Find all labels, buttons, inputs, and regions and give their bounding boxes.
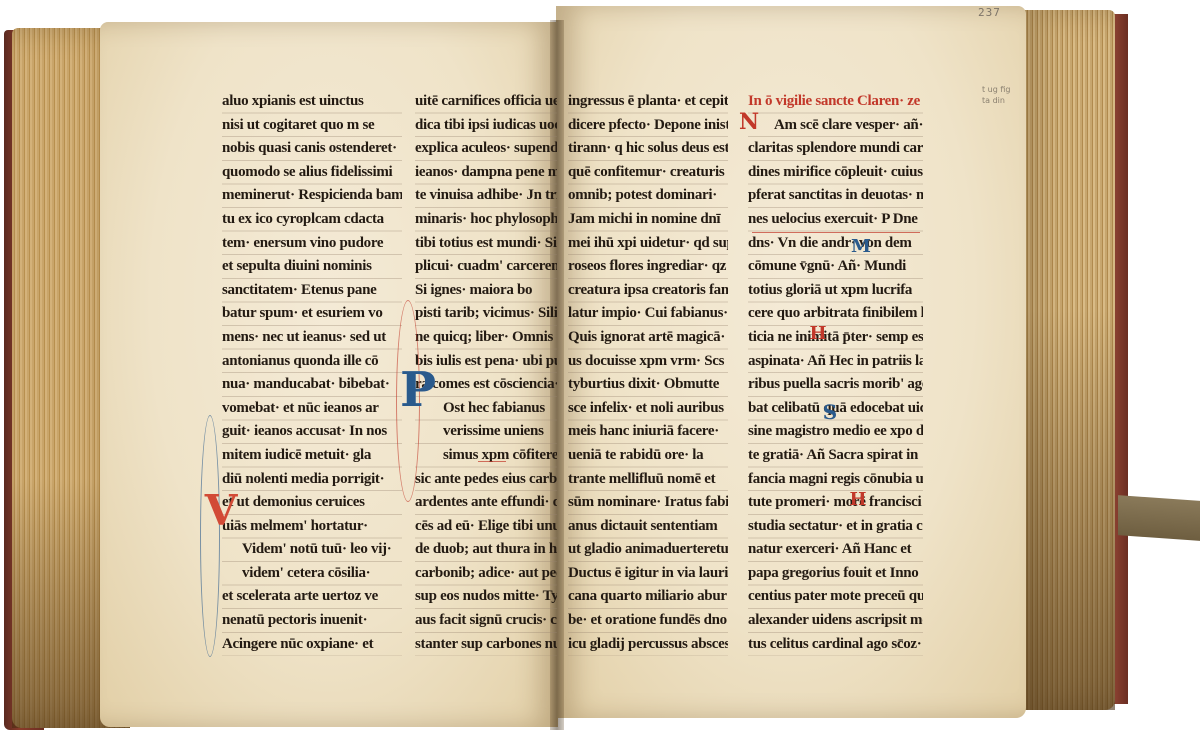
- text-line: mitem iudicē metuit· gla: [222, 444, 402, 468]
- text-line: us docuisse xpm vrm· Scs: [568, 350, 728, 374]
- text-line: cere quo arbitrata finibilem le: [748, 302, 923, 326]
- text-line: nua· manducabat· bibebat·: [222, 373, 402, 397]
- text-line: Quis ignorat artē magicā·: [568, 326, 728, 350]
- text-line: mens· nec ut ieanus· sed ut: [222, 326, 402, 350]
- initial-flourish: [200, 415, 220, 657]
- decorated-initial-p: P: [398, 365, 438, 415]
- text-line: batur spum· et esuriem vo: [222, 302, 402, 326]
- text-line: aluo xpianis est uinctus: [222, 90, 402, 114]
- text-line: Jam michi in nomine dnī: [568, 208, 728, 232]
- text-line: guit· ieanos accusat· In nos: [222, 420, 402, 444]
- text-line: videm' cetera cōsilia·: [222, 562, 402, 586]
- text-line: Videm' notū tuū· leo vij·: [222, 538, 402, 562]
- text-line: dns· Vn die andr· von dem: [748, 232, 923, 256]
- text-line: ardentes ante effundi· di: [415, 491, 557, 515]
- text-line: sic ante pedes eius carbones: [415, 468, 557, 492]
- right-page-block-edge: [1020, 10, 1115, 710]
- rubric-rule: [752, 232, 920, 233]
- text-line: de duob; aut thura in his: [415, 538, 557, 562]
- text-line: cōmune v̄gnū· Añ· Mundi: [748, 255, 923, 279]
- text-line: et scelerata arte uertoz ve: [222, 585, 402, 609]
- text-line: tem· enersum vino pudore: [222, 232, 402, 256]
- text-line: sce infelix· et noli auribus: [568, 397, 728, 421]
- text-line: studia sectatur· et in gratia co: [748, 515, 923, 539]
- text-line: pisti tarib; vicimus· Sili: [415, 302, 557, 326]
- text-line: aus facit signū crucis· con: [415, 609, 557, 633]
- manuscript-photo: 237 t ug fig ta din aluo xpianis est uin…: [0, 0, 1200, 734]
- text-line: centius pater mote preceū quā: [748, 585, 923, 609]
- text-line: nobis quasi canis ostenderet·: [222, 137, 402, 161]
- text-line: totius gloriā ut xpm lucrifa: [748, 279, 923, 303]
- text-line: meminerut· Respicienda bam: [222, 184, 402, 208]
- text-line: verissime uniens: [415, 420, 557, 444]
- text-line: sup eos nudos mitte· Tybur: [415, 585, 557, 609]
- text-line: papa gregorius fouit et Inno: [748, 562, 923, 586]
- strikethrough-mark: [478, 461, 506, 462]
- text-line: stanter sup carbones nudi: [415, 633, 557, 657]
- text-line: anus dictauit sententiam: [568, 515, 728, 539]
- text-line: et sepulta diuini nominis: [222, 255, 402, 279]
- red-initial: H: [808, 323, 828, 343]
- text-line: Si ignes· maiora bo: [415, 279, 557, 303]
- text-line: antonianus quonda ille cō: [222, 350, 402, 374]
- text-line: plicui· cuadm' carcerem·: [415, 255, 557, 279]
- margin-note: t ug fig ta din: [982, 84, 1011, 106]
- text-line: tirann· q hic solus deus est·: [568, 137, 728, 161]
- text-line: explica aculeos· supende: [415, 137, 557, 161]
- text-line: sanctitatem· Etenus pane: [222, 279, 402, 303]
- margin-note-line: t ug fig: [982, 84, 1011, 95]
- rubric-heading: In ō vigilie sancte Claren· ze: [748, 90, 923, 114]
- text-line: meis hanc iniuriā facere·: [568, 420, 728, 444]
- text-line: tyburtius dixit· Obmutte: [568, 373, 728, 397]
- blue-initial: S: [820, 400, 840, 424]
- text-line: roseos flores ingrediar· qz: [568, 255, 728, 279]
- text-line: Acingere nūc oxpiane· et: [222, 633, 402, 657]
- text-line: be· et oratione fundēs dno: [568, 609, 728, 633]
- text-line: ingressus ē planta· et cepit: [568, 90, 728, 114]
- red-initial: N: [738, 110, 760, 134]
- text-line: quē confitemur· creaturis: [568, 161, 728, 185]
- text-line: uitē carnifices officia uen: [415, 90, 557, 114]
- text-line: ticia ne inimitā p̄ter· semp est: [748, 326, 923, 350]
- red-initial: H: [848, 488, 868, 510]
- text-line: tute promeri· morē francisci: [748, 491, 923, 515]
- text-line: ribus puella sacris morib' age: [748, 373, 923, 397]
- text-line: te vinuisa adhibe· Jn tribi: [415, 184, 557, 208]
- text-line: trante mellifluū nomē et: [568, 468, 728, 492]
- text-line: diū nolenti media porrigit·: [222, 468, 402, 492]
- text-line: nisi ut cogitaret quo m se: [222, 114, 402, 138]
- text-line: et ut demonius ceruices: [222, 491, 402, 515]
- text-line: sūm nominare· Iratus fabi: [568, 491, 728, 515]
- text-line: tu ex ico cyroplcam cdacta: [222, 208, 402, 232]
- text-line: ut gladio animaduerteretur·: [568, 538, 728, 562]
- text-line: minaris· hoc phylosophi: [415, 208, 557, 232]
- text-column-4: In ō vigilie sancte Claren· ze Am scē cl…: [748, 90, 923, 656]
- text-line: dicere pfecto· Depone iniste: [568, 114, 728, 138]
- text-line: cēs ad eū· Elige tibi unum: [415, 515, 557, 539]
- text-line: Am scē clare vesper· añ·: [748, 114, 923, 138]
- bookmark-ribbon: [1118, 495, 1200, 541]
- text-line: nenatū pectoris inuenit·: [222, 609, 402, 633]
- text-line: natur exerceri· Añ Hanc et: [748, 538, 923, 562]
- margin-note-line: ta din: [982, 95, 1011, 106]
- text-column-1: aluo xpianis est uinctus nisi ut cogitar…: [222, 90, 402, 656]
- text-line: ne quicq; liber· Omnis: [415, 326, 557, 350]
- text-line: Ductus ē igitur in via lauri: [568, 562, 728, 586]
- text-line: cana quarto miliario abur: [568, 585, 728, 609]
- text-line: nes uelocius exercuit· P Dne: [748, 208, 923, 232]
- text-line: ueniā te rabidū ore· la: [568, 444, 728, 468]
- text-line: aspinata· Añ Hec in patriis la: [748, 350, 923, 374]
- text-line: claritas splendore mundi car: [748, 137, 923, 161]
- text-line: mei ihū xpi uidetur· qd sup: [568, 232, 728, 256]
- text-line: omnib; potest dominari·: [568, 184, 728, 208]
- text-line: dica tibi ipsi iudicas uoc: [415, 114, 557, 138]
- text-line: carbonib; adice· aut pedes: [415, 562, 557, 586]
- text-line: pferat sanctitas in deuotas· magi: [748, 184, 923, 208]
- text-line: latur impio· Cui fabianus·: [568, 302, 728, 326]
- folio-number: 237: [978, 6, 1001, 19]
- text-column-3: ingressus ē planta· et cepit dicere pfec…: [568, 90, 728, 656]
- text-line: uiās melmem' hortatur·: [222, 515, 402, 539]
- text-line: vomebat· et nūc ieanos ar: [222, 397, 402, 421]
- text-line: creatura ipsa creatoris famu: [568, 279, 728, 303]
- text-line: dines mirifice cōpleuit· cuius: [748, 161, 923, 185]
- text-line: quomodo se alius fidelissimi: [222, 161, 402, 185]
- text-line: ieanos· dampna pene mi: [415, 161, 557, 185]
- text-line: fancia magni regis cōnubia uir: [748, 468, 923, 492]
- text-line: tibi totius est mundi· Si in: [415, 232, 557, 256]
- text-line: tus celitus cardinal ago sc̄oz·: [748, 633, 923, 657]
- text-line: te gratiā· Añ Sacra spirat in: [748, 444, 923, 468]
- text-line: icu gladij percussus abscessit·: [568, 633, 728, 657]
- blue-initial: M: [850, 236, 872, 256]
- decorated-initial-v: V: [205, 488, 237, 532]
- text-line: simus xpm cōfiteretur· si: [415, 444, 557, 468]
- text-line: alexander uidens ascripsit mo: [748, 609, 923, 633]
